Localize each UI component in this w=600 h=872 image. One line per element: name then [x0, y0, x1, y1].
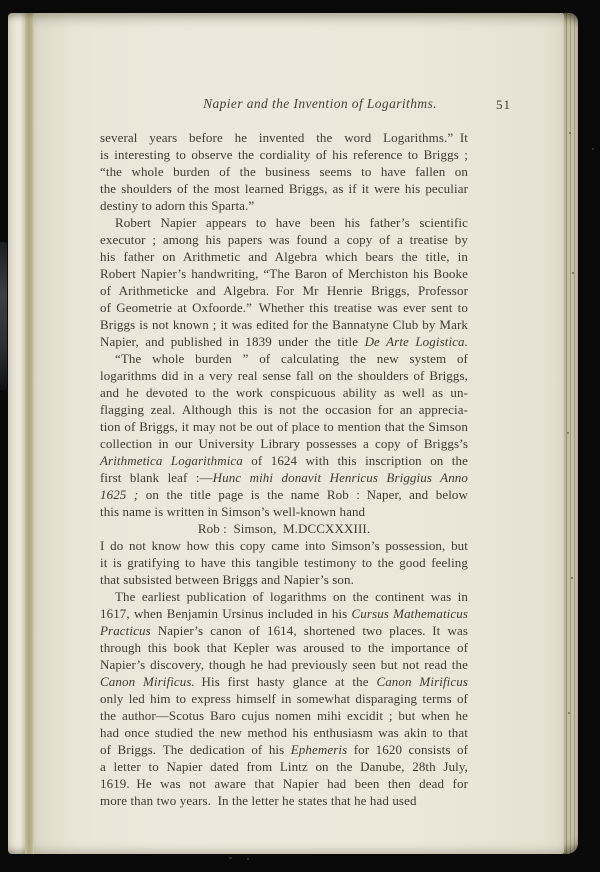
- body-text: tion of Briggs, it may not be out of pla…: [100, 419, 468, 434]
- body-text: collection in our University Library pos…: [100, 436, 468, 451]
- italic-text: Canon Mirificus.: [100, 674, 195, 689]
- body-text: through this book that Kepler was arouse…: [100, 640, 468, 655]
- text-line: more than two years. In the letter he st…: [100, 792, 468, 809]
- italic-text: Practicus: [100, 623, 151, 638]
- text-line: Arithmetica Logarithmica of 1624 with th…: [100, 452, 468, 469]
- text-line: 1625 ; on the title page is the name Rob…: [100, 486, 468, 503]
- text-line: 1617, when Benjamin Ursinus included in …: [100, 605, 468, 622]
- text-line: Napier, and published in 1839 under the …: [100, 333, 468, 350]
- page-number: 51: [496, 97, 511, 113]
- italic-text: 1625 ;: [100, 487, 138, 502]
- body-text: “the whole burden of the business seems …: [100, 164, 468, 179]
- paragraph: “The whole burden ” of calculating the n…: [100, 350, 468, 588]
- italic-text: Hunc mihi donavit Henricus Briggius Anno: [213, 470, 468, 485]
- book-page: Napier and the Invention of Logarithms. …: [34, 13, 564, 854]
- text-line: a letter to Napier dated from Lintz on t…: [100, 758, 468, 775]
- text-line: destiny to adorn this Sparta.”: [100, 197, 468, 214]
- body-text: Napier’s discovery, though he had previo…: [100, 657, 468, 672]
- text-line: executor ; among his papers was found a …: [100, 231, 468, 248]
- running-header: Napier and the Invention of Logarithms.: [130, 95, 510, 113]
- body-text: more than two years. In the letter he st…: [100, 793, 417, 808]
- italic-text: Arithmetica Logarithmica: [100, 453, 243, 468]
- text-line: the shoulders of the most learned Briggs…: [100, 180, 468, 197]
- body-text: executor ; among his papers was found a …: [100, 232, 468, 247]
- text-line: his father on Arithmetic and Algebra whi…: [100, 248, 468, 265]
- italic-text: De Arte Logistica.: [365, 334, 468, 349]
- body-text: Rob : Simson, M.DCCXXXIII.: [198, 521, 370, 536]
- text-line: Napier’s discovery, though he had previo…: [100, 656, 468, 673]
- body-text: his father on Arithmetic and Algebra whi…: [100, 249, 468, 264]
- body-text: several years before he invented the wor…: [100, 130, 468, 145]
- text-line: collection in our University Library pos…: [100, 435, 468, 452]
- body-text: for 1620 consists of: [347, 742, 468, 757]
- text-line: that subsisted between Briggs and Napier…: [100, 571, 468, 588]
- open-book: Napier and the Invention of Logarithms. …: [8, 13, 578, 854]
- body-text: The earliest publication of logarithms o…: [115, 589, 468, 604]
- text-line: Rob : Simson, M.DCCXXXIII.: [100, 520, 468, 537]
- text-line: The earliest publication of logarithms o…: [100, 588, 468, 605]
- text-line: Practicus Napier’s canon of 1614, shorte…: [100, 622, 468, 639]
- text-line: had once studied the new method his enth…: [100, 724, 468, 741]
- text-line: Briggs is not known ; it was edited for …: [100, 316, 468, 333]
- text-line: flagging zeal. Although this is not the …: [100, 401, 468, 418]
- body-text: that subsisted between Briggs and Napier…: [100, 572, 354, 587]
- text-line: 1619. He was not aware that Napier had b…: [100, 775, 468, 792]
- text-line: of Briggs. The dedication of his Ephemer…: [100, 741, 468, 758]
- text-line: several years before he invented the wor…: [100, 129, 468, 146]
- page-title: Napier and the Invention of Logarithms.: [203, 96, 437, 111]
- italic-text: Canon Mirificus: [376, 674, 468, 689]
- body-text: logarithms did in a very real sense fall…: [100, 368, 468, 383]
- text-line: first blank leaf :—Hunc mihi donavit Hen…: [100, 469, 468, 486]
- text-line: logarithms did in a very real sense fall…: [100, 367, 468, 384]
- facing-page-edge: [8, 13, 25, 854]
- body-text: “The whole burden ” of calculating the n…: [115, 351, 468, 366]
- text-line: only led him to express himself in somew…: [100, 690, 468, 707]
- body-text: Briggs is not known ; it was edited for …: [100, 317, 468, 332]
- text-line: the author—Scotus Baro cujus nomen mihi …: [100, 707, 468, 724]
- body-text: on the title page is the name Rob : Nape…: [138, 487, 468, 502]
- book-gutter: [25, 13, 34, 854]
- paragraph: Robert Napier appears to have been his f…: [100, 214, 468, 350]
- text-line: “the whole burden of the business seems …: [100, 163, 468, 180]
- dust-speck: [592, 148, 594, 150]
- text-line: and he devoted to the work conspicuous a…: [100, 384, 468, 401]
- page-text: several years before he invented the wor…: [100, 129, 468, 809]
- paragraph: The earliest publication of logarithms o…: [100, 588, 468, 809]
- text-line: “The whole burden ” of calculating the n…: [100, 350, 468, 367]
- text-line: of Arithmeticke and Algebra. For Mr Henr…: [100, 282, 468, 299]
- body-text: 1617, when Benjamin Ursinus included in …: [100, 606, 352, 621]
- italic-text: Cursus Mathematicus: [352, 606, 469, 621]
- text-line: tion of Briggs, it may not be out of pla…: [100, 418, 468, 435]
- body-text: only led him to express himself in somew…: [100, 691, 468, 706]
- dust-speck: [229, 857, 232, 859]
- body-text: His first hasty glance at the: [195, 674, 377, 689]
- body-text: I do not know how this copy came into Si…: [100, 538, 468, 553]
- scanned-book-photo: Napier and the Invention of Logarithms. …: [0, 0, 600, 872]
- italic-text: Ephemeris: [291, 742, 348, 757]
- text-line: it is gratifying to have this tangible t…: [100, 554, 468, 571]
- body-text: 1619. He was not aware that Napier had b…: [100, 776, 468, 791]
- body-text: Robert Napier’s handwriting, “The Baron …: [100, 266, 468, 281]
- text-line: I do not know how this copy came into Si…: [100, 537, 468, 554]
- body-text: of Briggs. The dedication of his: [100, 742, 291, 757]
- body-text: it is gratifying to have this tangible t…: [100, 555, 468, 570]
- page-fore-edge: [564, 13, 578, 854]
- text-line: Canon Mirificus. His first hasty glance …: [100, 673, 468, 690]
- text-line: through this book that Kepler was arouse…: [100, 639, 468, 656]
- body-text: had once studied the new method his enth…: [100, 725, 468, 740]
- text-line: is interesting to observe the cordiality…: [100, 146, 468, 163]
- text-line: of Geometrie at Oxfoorde.” Whether this …: [100, 299, 468, 316]
- text-line: this name is written in Simson’s well-kn…: [100, 503, 468, 520]
- body-text: flagging zeal. Although this is not the …: [100, 402, 468, 417]
- body-text: of Arithmeticke and Algebra. For Mr Henr…: [100, 283, 468, 298]
- body-text: Robert Napier appears to have been his f…: [115, 215, 468, 230]
- body-text: is interesting to observe the cordiality…: [100, 147, 468, 162]
- body-text: Napier, and published in 1839 under the …: [100, 334, 365, 349]
- body-text: a letter to Napier dated from Lintz on t…: [100, 759, 468, 774]
- body-text: of 1624 with this inscription on the: [243, 453, 468, 468]
- body-text: the author—Scotus Baro cujus nomen mihi …: [100, 708, 468, 723]
- body-text: first blank leaf :—: [100, 470, 213, 485]
- dust-speck: [247, 858, 249, 860]
- body-text: of Geometrie at Oxfoorde.” Whether this …: [100, 300, 468, 315]
- body-text: Napier’s canon of 1614, shortened two pl…: [151, 623, 468, 638]
- text-line: Robert Napier’s handwriting, “The Baron …: [100, 265, 468, 282]
- text-line: Robert Napier appears to have been his f…: [100, 214, 468, 231]
- book-clamp-shadow: [0, 242, 7, 390]
- body-text: and he devoted to the work conspicuous a…: [100, 385, 468, 400]
- paragraph: several years before he invented the wor…: [100, 129, 468, 214]
- body-text: destiny to adorn this Sparta.”: [100, 198, 254, 213]
- body-text: the shoulders of the most learned Briggs…: [100, 181, 468, 196]
- body-text: this name is written in Simson’s well-kn…: [100, 504, 365, 519]
